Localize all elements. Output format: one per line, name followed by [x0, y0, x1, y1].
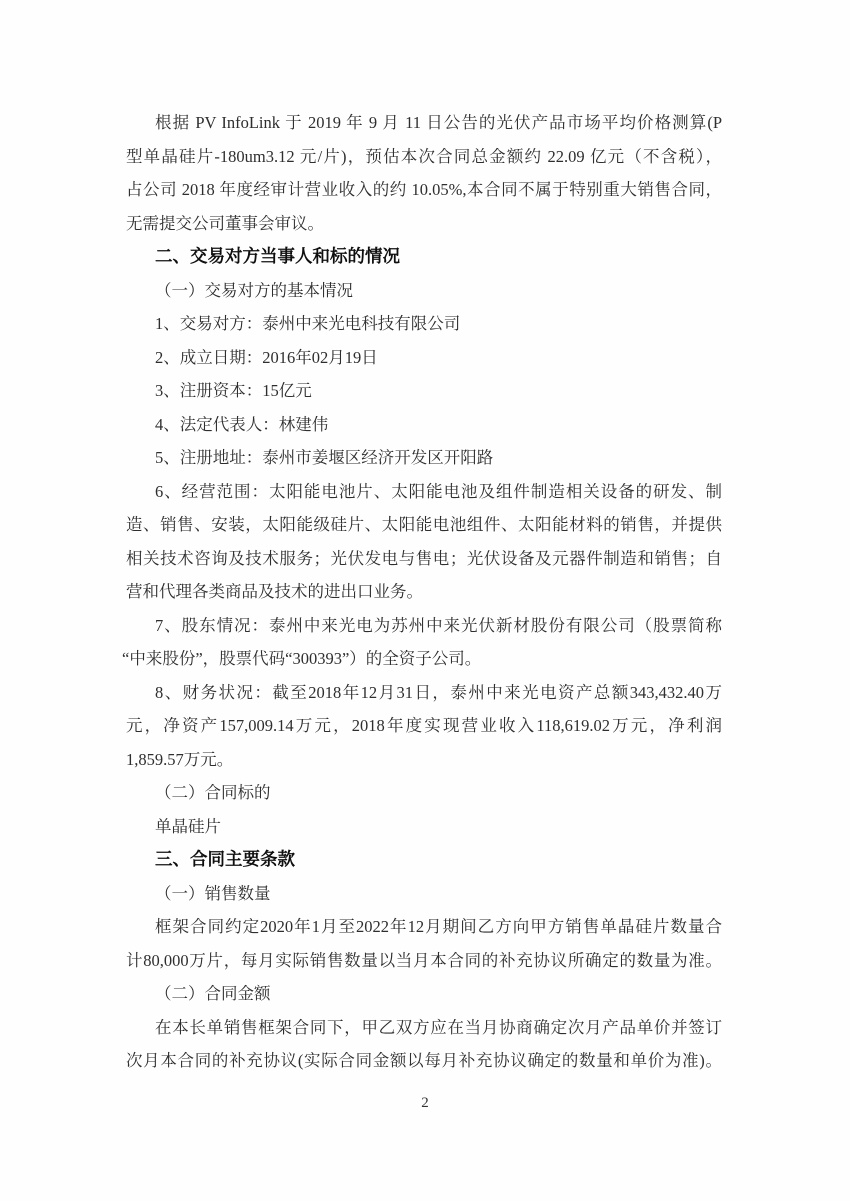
document-body: 根据 PV InfoLink 于 2019 年 9 月 11 日公告的光伏产品市… [126, 106, 722, 1078]
valuation-paragraph-line: 根据 PV InfoLink 于 2019 年 9 月 11 日公告的光伏产品市… [126, 106, 722, 140]
sales-quantity-line: 框架合同约定2020年1月至2022年12月期间乙方向甲方销售单晶硅片数量合 [126, 910, 722, 944]
item-financials-line: 元，净资产157,009.14万元，2018年度实现营业收入118,619.02… [126, 709, 722, 743]
item-counterparty: 1、交易对方：泰州中来光电科技有限公司 [126, 307, 722, 341]
item-establish-date: 2、成立日期：2016年02月19日 [126, 341, 722, 375]
item-registered-capital: 3、注册资本：15亿元 [126, 374, 722, 408]
item-financials-line: 1,859.57万元。 [126, 743, 722, 777]
section-heading-contract-terms: 三、合同主要条款 [126, 843, 722, 877]
contract-amount-line: 次月本合同的补充协议(实际合同金额以每月补充协议确定的数量和单价为准)。 [126, 1044, 722, 1078]
sales-quantity-line: 计80,000万片，每月实际销售数量以当月本合同的补充协议所确定的数量为准。 [126, 944, 722, 978]
contract-subject-value: 单晶硅片 [126, 810, 722, 844]
valuation-paragraph-line: 型单晶硅片-180um3.12 元/片)，预估本次合同总金额约 22.09 亿元… [126, 140, 722, 174]
document-page: 根据 PV InfoLink 于 2019 年 9 月 11 日公告的光伏产品市… [0, 0, 850, 1201]
subsection-heading-contract-amount: （二）合同金额 [126, 977, 722, 1011]
item-financials-line: 8、财务状况：截至2018年12月31日，泰州中来光电资产总额343,432.4… [126, 676, 722, 710]
item-business-scope-line: 营和代理各类商品及技术的进出口业务。 [126, 575, 722, 609]
valuation-paragraph-line: 无需提交公司董事会审议。 [126, 207, 722, 241]
item-business-scope-line: 6、经营范围：太阳能电池片、太阳能电池及组件制造相关设备的研发、制 [126, 475, 722, 509]
item-shareholder-line: “中来股份”，股票代码“300393”）的全资子公司。 [122, 642, 722, 676]
subsection-heading-basic-info: （一）交易对方的基本情况 [126, 274, 722, 308]
item-shareholder-line: 7、股东情况：泰州中来光电为苏州中来光伏新材股份有限公司（股票简称 [126, 609, 722, 643]
section-heading-counterparty: 二、交易对方当事人和标的情况 [126, 240, 722, 274]
page-number: 2 [0, 1087, 850, 1120]
subsection-heading-contract-subject: （二）合同标的 [126, 776, 722, 810]
valuation-paragraph-line: 占公司 2018 年度经审计营业收入的约 10.05%,本合同不属于特别重大销售… [126, 173, 722, 207]
item-business-scope-line: 相关技术咨询及技术服务；光伏发电与售电；光伏设备及元器件制造和销售；自 [126, 542, 722, 576]
item-registered-address: 5、注册地址：泰州市姜堰区经济开发区开阳路 [126, 441, 722, 475]
item-business-scope-line: 造、销售、安装，太阳能级硅片、太阳能电池组件、太阳能材料的销售，并提供 [126, 508, 722, 542]
item-legal-representative: 4、法定代表人：林建伟 [126, 408, 722, 442]
subsection-heading-sales-quantity: （一）销售数量 [126, 877, 722, 911]
contract-amount-line: 在本长单销售框架合同下，甲乙双方应在当月协商确定次月产品单价并签订 [126, 1011, 722, 1045]
